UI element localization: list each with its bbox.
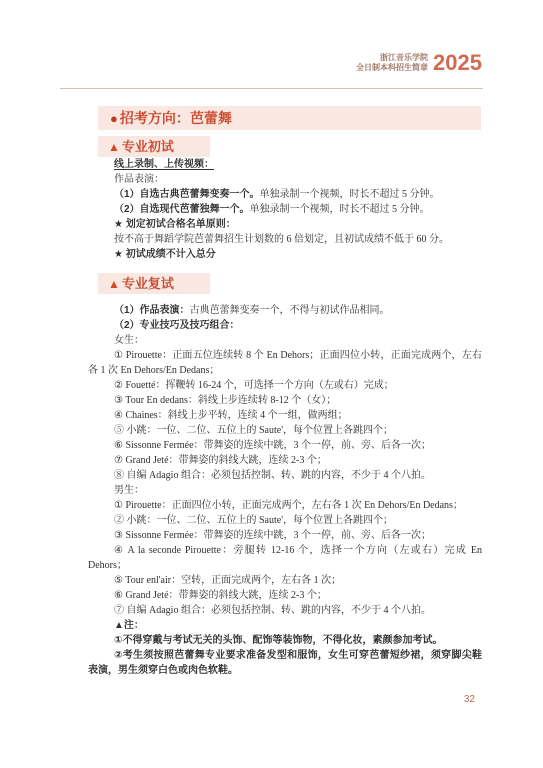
triangle-icon: ▲ — [108, 140, 120, 154]
paragraph: ④ Chaines：斜线上步平转，连续 4 个一组，做两组； — [88, 408, 482, 423]
paragraph: ▲注： — [88, 618, 482, 633]
text-segment: ④ Chaines：斜线上步平转，连续 4 个一组，做两组； — [114, 410, 348, 421]
text-segment: 单独录制一个视频，时长不超过 5 分钟。 — [250, 204, 430, 215]
document-page: { "header": { "org_line1": "浙江音乐学院", "or… — [0, 0, 543, 768]
section-body: （1）作品表演：古典芭蕾舞变奏一个，不得与初试作品相同。（2）专业技巧及技巧组合… — [88, 303, 482, 678]
paragraph: 作品表演： — [88, 172, 482, 187]
paragraph: ★ 初试成绩不计入总分 — [88, 247, 482, 262]
text-segment: 古典芭蕾舞变奏一个，不得与初试作品相同。 — [190, 305, 390, 316]
paragraph: ①不得穿戴与考试无关的头饰、配饰等装饰物，不得化妆，素颜参加考试。 — [88, 633, 482, 648]
sections: ▲专业初试线上录制、上传视频：作品表演：（1）自选古典芭蕾舞变奏一个。单独录制一… — [88, 136, 482, 678]
text-segment: ⑦ 自编 Adagio 组合：必须包括控制、转、跳的内容，不少于 4 个八拍。 — [114, 605, 431, 616]
text-segment: ★ 初试成绩不计入总分 — [114, 249, 216, 260]
section-heading: ▲专业初试 — [98, 136, 210, 157]
paragraph: ⑦ Grand Jeté：带舞姿的斜线大跳，连续 2-3 个； — [88, 453, 482, 468]
header-rule — [60, 88, 483, 89]
text-segment: 女生： — [114, 335, 144, 346]
text-segment: ② Fouetté：挥鞭转 16-24 个，可选择一个方向（左或右）完成； — [114, 380, 394, 391]
paragraph: ② 小跳：一位、二位、五位上的 Saute'，每个位置上各跳四个； — [88, 513, 482, 528]
text-segment: ③ Sissonne Fermée：带舞姿的连续中跳，3 个一停，前、旁、后各一… — [114, 530, 431, 541]
text-segment: ③ Tour En dedans：斜线上步连续转 8-12 个（女）； — [114, 395, 336, 406]
text-segment: 按不高于舞蹈学院芭蕾舞招生计划数的 6 倍划定，且初试成绩不低于 60 分。 — [114, 234, 449, 245]
org-line-2: 全日制本科招生简章 — [356, 63, 428, 73]
paragraph: （1）作品表演：古典芭蕾舞变奏一个，不得与初试作品相同。 — [88, 303, 482, 318]
paragraph: ⑤ Tour enl'air：空转，正面完成两个，左右各 1 次； — [88, 573, 482, 588]
paragraph: ⑤ 小跳：一位、二位、五位上的 Saute'，每个位置上各跳四个； — [88, 423, 482, 438]
page-number: 32 — [464, 694, 475, 705]
section-body: 线上录制、上传视频：作品表演：（1）自选古典芭蕾舞变奏一个。单独录制一个视频，时… — [88, 157, 482, 262]
title-bar: ●招考方向：芭蕾舞 — [98, 106, 481, 130]
text-segment: ⑤ Tour enl'air：空转，正面完成两个，左右各 1 次； — [114, 575, 341, 586]
paragraph: （2）自选现代芭蕾独舞一个。单独录制一个视频，时长不超过 5 分钟。 — [88, 202, 482, 217]
text-segment: 作品表演： — [114, 174, 164, 185]
text-segment: ② 小跳：一位、二位、五位上的 Saute'，每个位置上各跳四个； — [114, 515, 393, 526]
text-segment: ① Pirouette：正面五位连续转 8 个 En Dehors；正面四位小转… — [88, 350, 482, 376]
paragraph: ⑦ 自编 Adagio 组合：必须包括控制、转、跳的内容，不少于 4 个八拍。 — [88, 603, 482, 618]
section-heading: ▲专业复试 — [98, 273, 210, 294]
text-segment: ⑥ Sissonne Fermée：带舞姿的连续中跳，3 个一停，前、旁、后各一… — [114, 440, 431, 451]
paragraph: ⑥ Grand Jeté：带舞姿的斜线大跳，连续 2-3 个； — [88, 588, 482, 603]
text-segment: 单独录制一个视频，时长不超过 5 分钟。 — [260, 189, 440, 200]
text-segment: ⑥ Grand Jeté：带舞姿的斜线大跳，连续 2-3 个； — [114, 590, 327, 601]
text-segment: ④ A la seconde Pirouette：旁腿转 12-16 个，选择一… — [88, 545, 482, 571]
year-label: 2025 — [433, 52, 482, 74]
page-title: 招考方向：芭蕾舞 — [120, 110, 232, 126]
paragraph: ① Pirouette：正面四位小转，正面完成两个，左右各 1 次 En Deh… — [88, 498, 482, 513]
paragraph: ① Pirouette：正面五位连续转 8 个 En Dehors；正面四位小转… — [88, 348, 482, 378]
text-segment: 男生： — [114, 485, 144, 496]
text-segment: ⑦ Grand Jeté：带舞姿的斜线大跳，连续 2-3 个； — [114, 455, 327, 466]
text-segment: （1）自选古典芭蕾舞变奏一个。 — [114, 189, 260, 200]
paragraph: ③ Sissonne Fermée：带舞姿的连续中跳，3 个一停，前、旁、后各一… — [88, 528, 482, 543]
text-segment: （2）自选现代芭蕾独舞一个。 — [114, 204, 250, 215]
paragraph: 线上录制、上传视频： — [88, 157, 482, 172]
text-segment: ▲注： — [114, 620, 144, 631]
organization-name: 浙江音乐学院 全日制本科招生简章 — [356, 53, 428, 73]
text-segment: ★ 划定初试合格名单原则： — [114, 219, 236, 230]
text-segment: ⑤ 小跳：一位、二位、五位上的 Saute'，每个位置上各跳四个； — [114, 425, 393, 436]
paragraph: ②考生须按照芭蕾舞专业要求准备发型和服饰，女生可穿芭蕾短纱裙，须穿脚尖鞋表演，男… — [88, 648, 482, 678]
page-header: 浙江音乐学院 全日制本科招生简章 2025 — [356, 52, 482, 74]
paragraph: （1）自选古典芭蕾舞变奏一个。单独录制一个视频，时长不超过 5 分钟。 — [88, 187, 482, 202]
paragraph: ⑥ Sissonne Fermée：带舞姿的连续中跳，3 个一停，前、旁、后各一… — [88, 438, 482, 453]
org-line-1: 浙江音乐学院 — [356, 53, 428, 63]
paragraph: ② Fouetté：挥鞭转 16-24 个，可选择一个方向（左或右）完成； — [88, 378, 482, 393]
paragraph: ⑧ 自编 Adagio 组合：必须包括控制、转、跳的内容，不少于 4 个八拍。 — [88, 468, 482, 483]
text-segment: ⑧ 自编 Adagio 组合：必须包括控制、转、跳的内容，不少于 4 个八拍。 — [114, 470, 431, 481]
paragraph: ★ 划定初试合格名单原则： — [88, 217, 482, 232]
text-segment: 线上录制、上传视频： — [114, 159, 214, 170]
text-segment: ①不得穿戴与考试无关的头饰、配饰等装饰物，不得化妆，素颜参加考试。 — [114, 635, 442, 646]
paragraph: （2）专业技巧及技巧组合： — [88, 318, 482, 333]
paragraph: 男生： — [88, 483, 482, 498]
text-segment: （1）作品表演： — [114, 305, 190, 316]
paragraph: ③ Tour En dedans：斜线上步连续转 8-12 个（女）； — [88, 393, 482, 408]
bullet-circle-icon: ● — [110, 111, 118, 126]
triangle-icon: ▲ — [108, 277, 120, 291]
section-heading-label: 专业复试 — [122, 276, 174, 291]
text-segment: ②考生须按照芭蕾舞专业要求准备发型和服饰，女生可穿芭蕾短纱裙，须穿脚尖鞋表演，男… — [88, 650, 482, 676]
section-heading-label: 专业初试 — [122, 139, 174, 154]
paragraph: 女生： — [88, 333, 482, 348]
paragraph: 按不高于舞蹈学院芭蕾舞招生计划数的 6 倍划定，且初试成绩不低于 60 分。 — [88, 232, 482, 247]
text-segment: （2）专业技巧及技巧组合： — [114, 320, 240, 331]
text-segment: ① Pirouette：正面四位小转，正面完成两个，左右各 1 次 En Deh… — [114, 500, 463, 511]
paragraph: ④ A la seconde Pirouette：旁腿转 12-16 个，选择一… — [88, 543, 482, 573]
